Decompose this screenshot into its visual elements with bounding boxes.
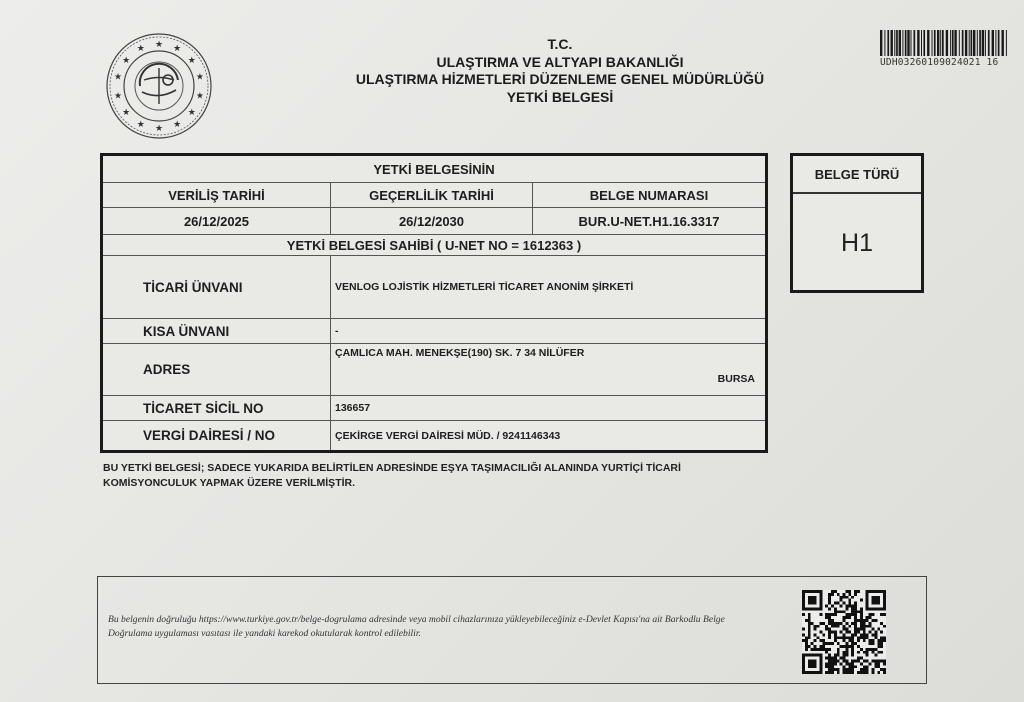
field-row-trade-registry: TİCARET SİCİL NO 136657 bbox=[103, 396, 765, 421]
col-document-number-header: BELGE NUMARASI bbox=[533, 183, 765, 207]
section-title-row: YETKİ BELGESİNİN bbox=[103, 156, 765, 183]
header-tc: T.C. bbox=[330, 36, 790, 54]
svg-text:★: ★ bbox=[173, 120, 181, 130]
values-row: 26/12/2025 26/12/2030 BUR.U-NET.H1.16.33… bbox=[103, 208, 765, 235]
field-row-address: ADRES ÇAMLICA MAH. MENEKŞE(190) SK. 7 34… bbox=[103, 344, 765, 396]
document-type-value: H1 bbox=[793, 194, 921, 292]
document-type-label: BELGE TÜRÜ bbox=[793, 156, 921, 194]
svg-text:★: ★ bbox=[155, 40, 163, 50]
field-label: TİCARİ ÜNVANI bbox=[103, 256, 331, 318]
section-title: YETKİ BELGESİNİN bbox=[103, 156, 765, 182]
issue-date: 26/12/2025 bbox=[103, 208, 331, 234]
svg-text:★: ★ bbox=[155, 124, 163, 134]
svg-text:★: ★ bbox=[114, 73, 122, 83]
field-row-tax-office: VERGİ DAİRESİ / NO ÇEKİRGE VERGİ DAİRESİ… bbox=[103, 421, 765, 450]
field-value-tax-office: ÇEKİRGE VERGİ DAİRESİ MÜD. / 9241146343 bbox=[331, 421, 765, 450]
field-row-short-name: KISA ÜNVANI - bbox=[103, 319, 765, 344]
header-ministry: ULAŞTIRMA VE ALTYAPI BAKANLIĞI bbox=[330, 54, 790, 72]
ministry-seal-logo: ★★★★★★★★★★★★★★ TÜRKİYE CUMHURİYETİ ULAŞT… bbox=[100, 32, 218, 140]
svg-text:★: ★ bbox=[196, 91, 204, 101]
svg-text:★: ★ bbox=[196, 73, 204, 83]
document-number: BUR.U-NET.H1.16.3317 bbox=[533, 208, 765, 234]
authorization-notice: BU YETKİ BELGESİ; SADECE YUKARIDA BELİRT… bbox=[103, 461, 773, 491]
field-label: KISA ÜNVANI bbox=[103, 319, 331, 343]
field-row-trade-name: TİCARİ ÜNVANI VENLOG LOJİSTİK HİZMETLERİ… bbox=[103, 256, 765, 319]
document-type-box: BELGE TÜRÜ H1 bbox=[790, 153, 924, 293]
col-issue-date-header: VERİLİŞ TARİHİ bbox=[103, 183, 331, 207]
field-label: TİCARET SİCİL NO bbox=[103, 396, 331, 420]
field-label: ADRES bbox=[103, 344, 331, 395]
holder-title: YETKİ BELGESİ SAHİBİ ( U-NET NO = 161236… bbox=[103, 235, 765, 255]
field-value-short-name: - bbox=[331, 319, 765, 343]
svg-text:★: ★ bbox=[122, 108, 130, 118]
address-city: BURSA bbox=[718, 373, 755, 385]
svg-text:★: ★ bbox=[137, 120, 145, 130]
qr-code-icon[interactable] bbox=[802, 590, 886, 674]
barcode-icon bbox=[880, 30, 1010, 56]
svg-text:★: ★ bbox=[137, 44, 145, 54]
header-directorate: ULAŞTIRMA HİZMETLERİ DÜZENLEME GENEL MÜD… bbox=[330, 71, 790, 89]
certificate-table: YETKİ BELGESİNİN VERİLİŞ TARİHİ GEÇERLİL… bbox=[100, 153, 768, 453]
svg-text:★: ★ bbox=[188, 108, 196, 118]
field-value-address: ÇAMLICA MAH. MENEKŞE(190) SK. 7 34 NİLÜF… bbox=[331, 344, 765, 395]
field-value-trade-registry: 136657 bbox=[331, 396, 765, 420]
verification-box: Bu belgenin doğruluğu https://www.turkiy… bbox=[97, 576, 927, 684]
barcode-number: UDH03260109024021 16 bbox=[880, 57, 1016, 68]
holder-title-row: YETKİ BELGESİ SAHİBİ ( U-NET NO = 161236… bbox=[103, 235, 765, 256]
column-header-row: VERİLİŞ TARİHİ GEÇERLİLİK TARİHİ BELGE N… bbox=[103, 183, 765, 208]
svg-text:★: ★ bbox=[173, 44, 181, 54]
verification-text: Bu belgenin doğruluğu https://www.turkiy… bbox=[108, 613, 768, 641]
field-value-trade-name: VENLOG LOJİSTİK HİZMETLERİ TİCARET ANONİ… bbox=[331, 256, 765, 318]
svg-text:★: ★ bbox=[188, 56, 196, 66]
header-document-title: YETKİ BELGESİ bbox=[330, 89, 790, 107]
field-label: VERGİ DAİRESİ / NO bbox=[103, 421, 331, 450]
barcode: UDH03260109024021 16 bbox=[880, 30, 1016, 68]
col-validity-date-header: GEÇERLİLİK TARİHİ bbox=[331, 183, 533, 207]
svg-text:★: ★ bbox=[122, 56, 130, 66]
validity-date: 26/12/2030 bbox=[331, 208, 533, 234]
document-header: T.C. ULAŞTIRMA VE ALTYAPI BAKANLIĞI ULAŞ… bbox=[330, 36, 790, 106]
svg-text:★: ★ bbox=[114, 91, 122, 101]
address-line: ÇAMLICA MAH. MENEKŞE(190) SK. 7 34 NİLÜF… bbox=[335, 347, 584, 359]
